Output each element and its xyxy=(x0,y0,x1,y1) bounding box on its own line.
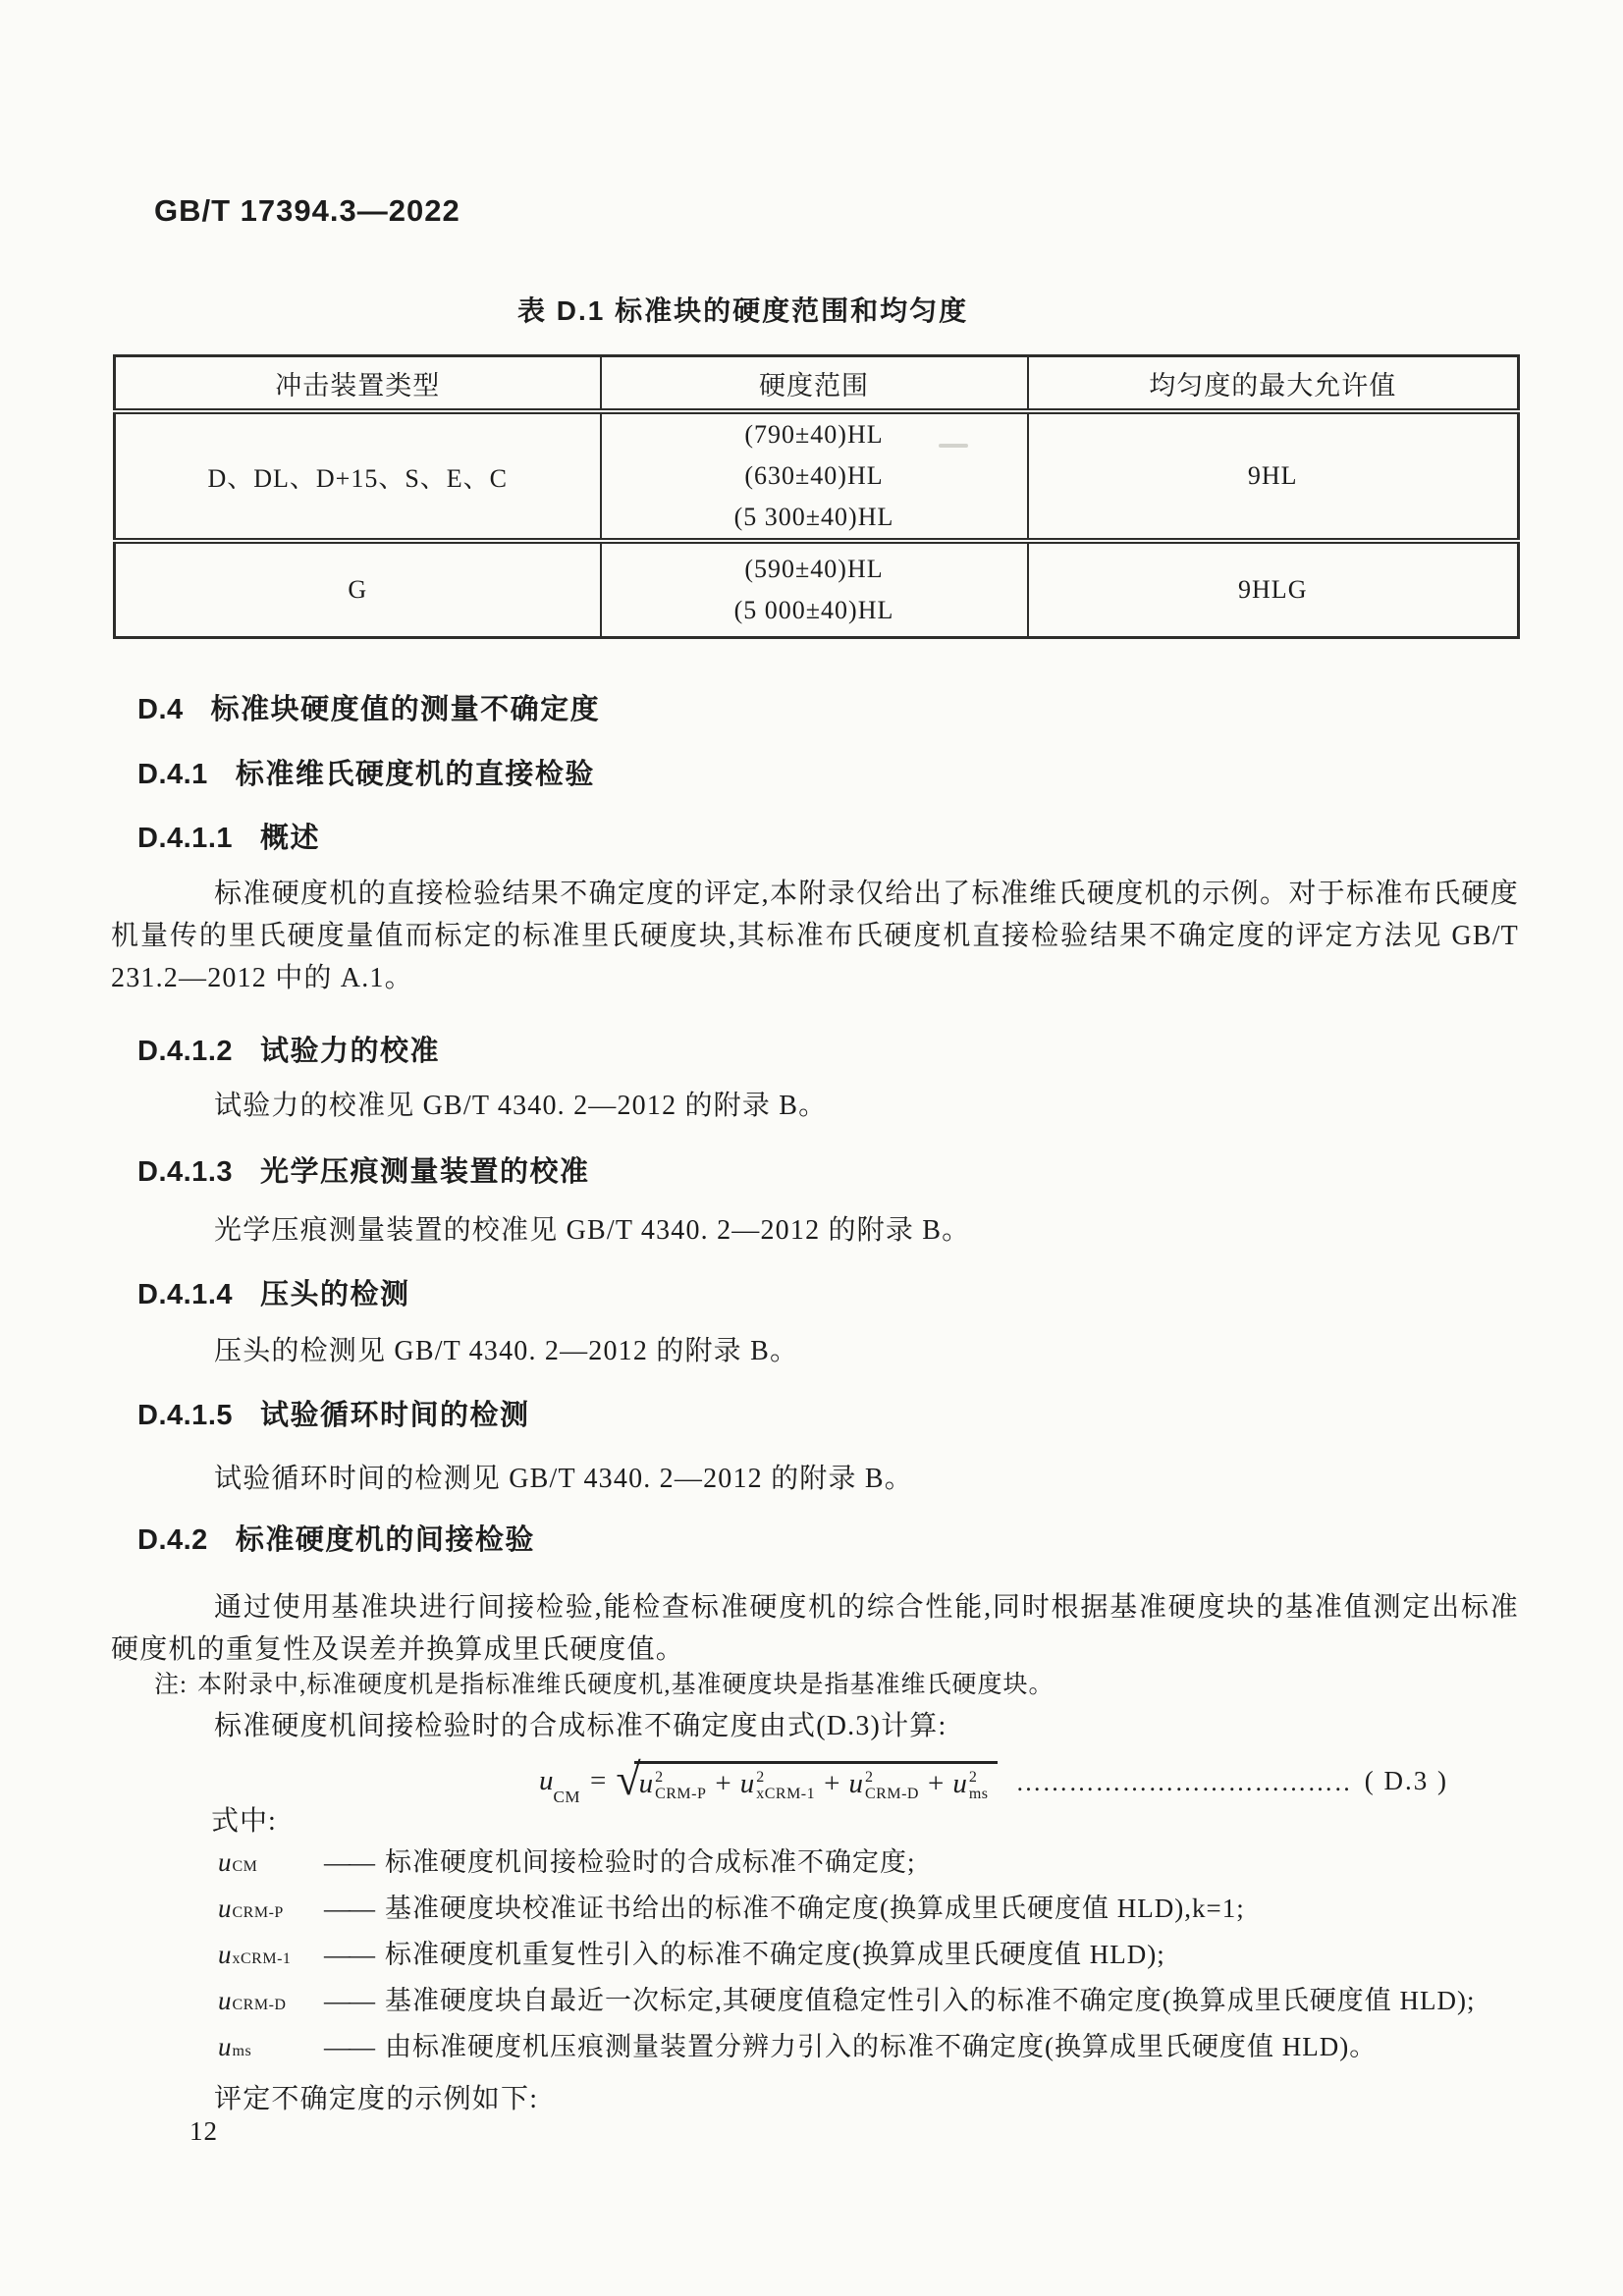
section-heading-d42: D.4.2标准硬度机的间接检验 xyxy=(137,1518,535,1558)
definition-dash: —— xyxy=(324,1842,385,1884)
section-heading-d4: D.4标准块硬度值的测量不确定度 xyxy=(137,687,600,727)
formula-lhs-var: u xyxy=(539,1765,554,1797)
section-number: D.4.2 xyxy=(137,1524,208,1556)
note-text: 本附录中,标准硬度机是指标准维氏硬度机,基准硬度块是指基准维氏硬度块。 xyxy=(197,1672,1055,1698)
paragraph-d413-body: 光学压痕测量装置的校准见 GB/T 4340. 2—2012 的附录 B。 xyxy=(111,1209,1519,1252)
term-var: u xyxy=(740,1768,755,1800)
section-number: D.4.1.2 xyxy=(137,1036,233,1067)
definition-row: uxCRM-1 —— 标准硬度机重复性引入的标准不确定度(换算成里氏硬度值 HL… xyxy=(218,1934,1518,1980)
plus-sign: + xyxy=(824,1768,839,1800)
definition-text: 标准硬度机间接检验时的合成标准不确定度; xyxy=(385,1842,1518,1884)
formula-expression: uCM = √ u2CRM-P + u2xCRM-1 + u2CRM-D + u… xyxy=(539,1758,998,1803)
page-number: 12 xyxy=(189,2116,218,2147)
formula-lhs-sub: CM xyxy=(554,1788,580,1807)
definition-row: ums —— 由标准硬度机压痕测量装置分辨力引入的标准不确定度(换算成里氏硬度值… xyxy=(218,2026,1518,2072)
definition-dash: —— xyxy=(324,1934,385,1976)
formula-number: ( D.3 ) xyxy=(1365,1766,1448,1796)
document-page: GB/T 17394.3—2022 表 D.1 标准块的硬度范围和均匀度 冲击装… xyxy=(0,0,1623,2296)
equals-sign: = xyxy=(590,1765,606,1797)
section-title: 试验力的校准 xyxy=(260,1036,440,1067)
term-scripts: 2xCRM-1 xyxy=(756,1770,815,1802)
cell-max-uniformity: 9HLG xyxy=(1028,541,1519,638)
section-heading-d41: D.4.1标准维氏硬度机的直接检验 xyxy=(137,752,595,792)
hardness-table: 冲击装置类型 硬度范围 均匀度的最大允许值 D、DL、D+15、S、E、C (7… xyxy=(113,354,1520,639)
section-heading-d415: D.4.1.5试验循环时间的检测 xyxy=(137,1393,530,1433)
section-number: D.4.1.4 xyxy=(137,1279,233,1310)
table-row: G (590±40)HL (5 000±40)HL 9HLG xyxy=(115,541,1519,638)
section-number: D.4 xyxy=(137,694,184,725)
definition-list: uCM —— 标准硬度机间接检验时的合成标准不确定度; uCRM-P —— 基准… xyxy=(218,1842,1518,2072)
term-var: u xyxy=(849,1768,864,1800)
cell-max-uniformity: 9HL xyxy=(1028,411,1519,541)
hardness-value: (790±40)HL xyxy=(602,414,1027,455)
term-var: u xyxy=(952,1768,967,1800)
definition-symbol: ums xyxy=(218,2026,324,2072)
definition-symbol: uCRM-D xyxy=(218,1980,324,2026)
radicand: u2CRM-P + u2xCRM-1 + u2CRM-D + u2ms xyxy=(634,1761,999,1800)
definition-text: 基准硬度块自最近一次标定,其硬度值稳定性引入的标准不确定度(换算成里氏硬度值 H… xyxy=(385,1980,1518,2022)
where-label: 式中: xyxy=(211,1799,277,1839)
hardness-value: (5 300±40)HL xyxy=(602,497,1027,538)
col-header-device-type: 冲击装置类型 xyxy=(115,356,601,412)
section-number: D.4.1.1 xyxy=(137,823,233,854)
section-title: 试验循环时间的检测 xyxy=(260,1400,530,1431)
definition-symbol: uCRM-P xyxy=(218,1888,324,1934)
definition-dash: —— xyxy=(324,1980,385,2022)
section-title: 标准硬度机的间接检验 xyxy=(236,1524,535,1556)
plus-sign: + xyxy=(928,1768,944,1800)
definition-symbol: uCM xyxy=(218,1842,324,1888)
hardness-value: (590±40)HL xyxy=(602,549,1027,590)
term-scripts: 2ms xyxy=(969,1770,989,1802)
section-title: 标准块硬度值的测量不确定度 xyxy=(211,694,601,725)
definition-row: uCM —— 标准硬度机间接检验时的合成标准不确定度; xyxy=(218,1842,1518,1888)
cell-device-type: D、DL、D+15、S、E、C xyxy=(115,411,601,541)
paragraph-d415-body: 试验循环时间的检测见 GB/T 4340. 2—2012 的附录 B。 xyxy=(111,1458,1519,1500)
term-scripts: 2CRM-D xyxy=(865,1770,919,1802)
term-var: u xyxy=(639,1768,654,1800)
doc-number: GB/T 17394.3—2022 xyxy=(154,193,460,229)
paragraph-d412-body: 试验力的校准见 GB/T 4340. 2—2012 的附录 B。 xyxy=(111,1085,1519,1127)
term-scripts: 2CRM-P xyxy=(655,1770,706,1802)
section-heading-d412: D.4.1.2试验力的校准 xyxy=(137,1029,440,1069)
table-caption: 表 D.1 标准块的硬度范围和均匀度 xyxy=(517,290,968,329)
section-title: 光学压痕测量装置的校准 xyxy=(260,1156,590,1188)
section-heading-d411: D.4.1.1概述 xyxy=(137,816,320,856)
section-number: D.4.1.5 xyxy=(137,1400,233,1431)
cell-hardness-ranges: (790±40)HL (630±40)HL (5 300±40)HL xyxy=(601,411,1028,541)
note: 注:本附录中,标准硬度机是指标准维氏硬度机,基准硬度块是指基准维氏硬度块。 xyxy=(154,1668,1509,1703)
section-number: D.4.1 xyxy=(137,759,208,790)
formula-d3: uCM = √ u2CRM-P + u2xCRM-1 + u2CRM-D + u… xyxy=(111,1757,1448,1804)
scan-artifact xyxy=(939,444,968,448)
paragraph-d411-body: 标准硬度机的直接检验结果不确定度的评定,本附录仅给出了标准维氏硬度机的示例。对于… xyxy=(111,873,1519,999)
definition-row: uCRM-P —— 基准硬度块校准证书给出的标准不确定度(换算成里氏硬度值 HL… xyxy=(218,1888,1518,1934)
cell-hardness-ranges: (590±40)HL (5 000±40)HL xyxy=(601,541,1028,638)
paragraph-d414-body: 压头的检测见 GB/T 4340. 2—2012 的附录 B。 xyxy=(111,1330,1519,1372)
definition-text: 基准硬度块校准证书给出的标准不确定度(换算成里氏硬度值 HLD),k=1; xyxy=(385,1888,1518,1930)
definition-dash: —— xyxy=(324,1888,385,1930)
closing-line: 评定不确定度的示例如下: xyxy=(111,2078,1519,2120)
section-heading-d413: D.4.1.3光学压痕测量装置的校准 xyxy=(137,1149,590,1190)
section-title: 压头的检测 xyxy=(260,1279,410,1310)
col-header-hardness-range: 硬度范围 xyxy=(601,356,1028,412)
definition-symbol: uxCRM-1 xyxy=(218,1934,324,1980)
note-label: 注: xyxy=(154,1672,188,1698)
col-header-max-uniformity: 均匀度的最大允许值 xyxy=(1028,356,1519,412)
paragraph-d42-body: 通过使用基准块进行间接检验,能检查标准硬度机的综合性能,同时根据基准硬度块的基准… xyxy=(111,1586,1519,1671)
definition-text: 标准硬度机重复性引入的标准不确定度(换算成里氏硬度值 HLD); xyxy=(385,1934,1518,1976)
section-title: 概述 xyxy=(260,823,320,854)
plus-sign: + xyxy=(715,1768,730,1800)
cell-device-type: G xyxy=(115,541,601,638)
definition-dash: —— xyxy=(324,2026,385,2068)
definition-text: 由标准硬度机压痕测量装置分辨力引入的标准不确定度(换算成里氏硬度值 HLD)。 xyxy=(385,2026,1518,2068)
hardness-value: (630±40)HL xyxy=(602,455,1027,497)
table-header-row: 冲击装置类型 硬度范围 均匀度的最大允许值 xyxy=(115,356,1519,412)
section-heading-d414: D.4.1.4压头的检测 xyxy=(137,1272,410,1312)
table-row: D、DL、D+15、S、E、C (790±40)HL (630±40)HL (5… xyxy=(115,411,1519,541)
definition-row: uCRM-D —— 基准硬度块自最近一次标定,其硬度值稳定性引入的标准不确定度(… xyxy=(218,1980,1518,2026)
dot-leader: ………………………………… xyxy=(1015,1768,1350,1797)
hardness-value: (5 000±40)HL xyxy=(602,590,1027,631)
section-title: 标准维氏硬度机的直接检验 xyxy=(236,759,595,790)
formula-intro: 标准硬度机间接检验时的合成标准不确定度由式(D.3)计算: xyxy=(111,1705,1519,1747)
radical-sign: √ xyxy=(616,1757,640,1802)
section-number: D.4.1.3 xyxy=(137,1156,233,1188)
